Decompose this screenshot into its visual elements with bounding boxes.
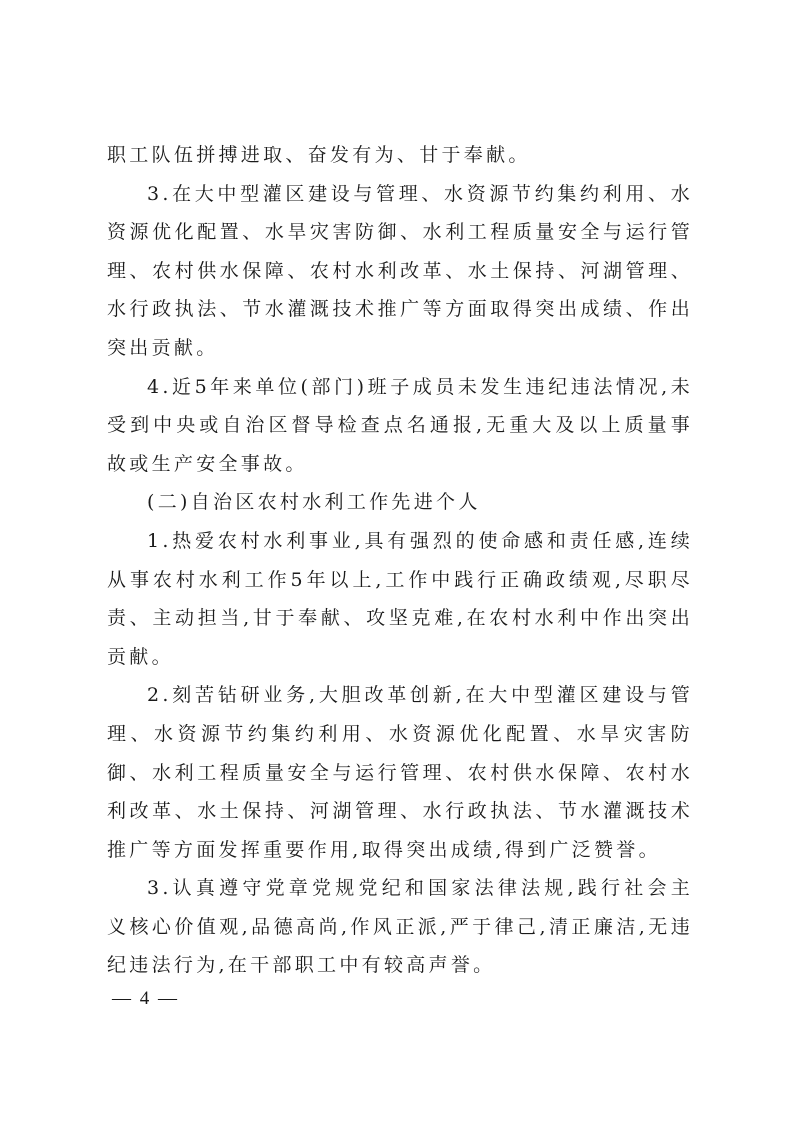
paragraph-criterion-4: 4.近5年来单位(部门)班子成员未发生违纪违法情况,未受到中央或自治区督导检查点…	[107, 368, 693, 484]
paragraph-criterion-3: 3.在大中型灌区建设与管理、水资源节约集约利用、水资源优化配置、水旱灾害防御、水…	[107, 175, 693, 368]
document-page: 职工队伍拼搏进取、奋发有为、甘于奉献。 3.在大中型灌区建设与管理、水资源节约集…	[0, 0, 793, 1122]
page-number: — 4 —	[112, 988, 179, 1010]
section-heading: (二)自治区农村水利工作先进个人	[107, 483, 693, 522]
paragraph-individual-2: 2.刻苦钻研业务,大胆改革创新,在大中型灌区建设与管理、水资源节约集约利用、水资…	[107, 676, 693, 869]
paragraph-continuation: 职工队伍拼搏进取、奋发有为、甘于奉献。	[107, 136, 693, 175]
paragraph-individual-3: 3.认真遵守党章党规党纪和国家法律法规,践行社会主义核心价值观,品德高尚,作风正…	[107, 869, 693, 985]
document-body: 职工队伍拼搏进取、奋发有为、甘于奉献。 3.在大中型灌区建设与管理、水资源节约集…	[107, 136, 693, 985]
paragraph-individual-1: 1.热爱农村水利事业,具有强烈的使命感和责任感,连续从事农村水利工作5年以上,工…	[107, 522, 693, 676]
